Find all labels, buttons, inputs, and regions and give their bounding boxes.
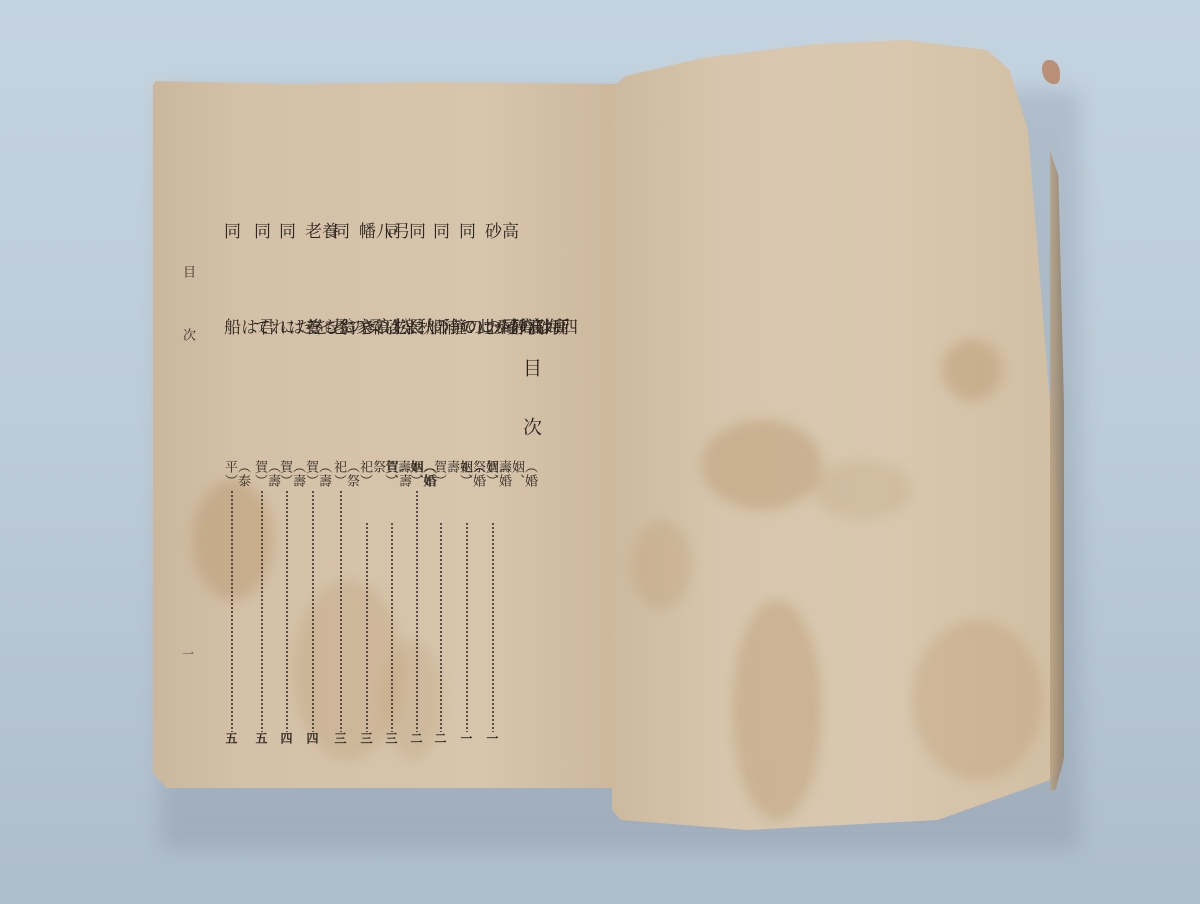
toc-title: 目次 — [521, 358, 540, 476]
leader-dots — [286, 490, 288, 732]
first-line: 君は船 — [221, 318, 272, 337]
right-page — [612, 40, 1064, 830]
category: （祭祀） — [332, 460, 358, 488]
left-page — [153, 80, 623, 788]
page-number: 一 — [460, 732, 472, 747]
leader-dots — [261, 490, 263, 732]
page-number: 四 — [306, 732, 318, 747]
work-title: 同 — [276, 222, 293, 251]
leader-dots — [391, 522, 393, 732]
leader-dots — [416, 490, 418, 732]
category: （壽賀） — [253, 460, 279, 488]
category: （壽賀） — [278, 460, 304, 488]
page-number: 三 — [385, 732, 397, 747]
leader-dots — [466, 522, 468, 732]
page-number: 五 — [225, 732, 237, 747]
leader-dots — [312, 490, 314, 732]
folio-page-number: 一 — [182, 645, 194, 662]
page-number: 三 — [334, 732, 346, 747]
work-title: 同 — [251, 222, 268, 251]
corner-tear — [1042, 60, 1060, 84]
running-head: 目次 — [178, 265, 197, 391]
leader-dots — [366, 522, 368, 732]
page-number: 二 — [410, 732, 422, 747]
work-title: 同 — [430, 222, 447, 251]
category: （婚姻、壽賀） — [432, 460, 484, 488]
leader-dots — [492, 522, 494, 732]
work-title: 同 — [221, 222, 238, 251]
work-title: 高砂 — [482, 222, 516, 251]
page-number: 一 — [486, 732, 498, 747]
category: （壽賀、祭祀） — [358, 460, 410, 488]
leader-dots — [231, 490, 233, 732]
page-number: 三 — [360, 732, 372, 747]
page-number: 五 — [255, 732, 267, 747]
page-number: 四 — [280, 732, 292, 747]
work-title: 同 — [456, 222, 473, 251]
category: （壽賀） — [304, 460, 330, 488]
category: （泰平） — [223, 460, 249, 488]
page-number: 二 — [434, 732, 446, 747]
work-title: 弓八幡 — [356, 222, 407, 241]
work-title: 養老 — [302, 222, 336, 251]
leader-dots — [340, 490, 342, 732]
leader-dots — [440, 522, 442, 732]
